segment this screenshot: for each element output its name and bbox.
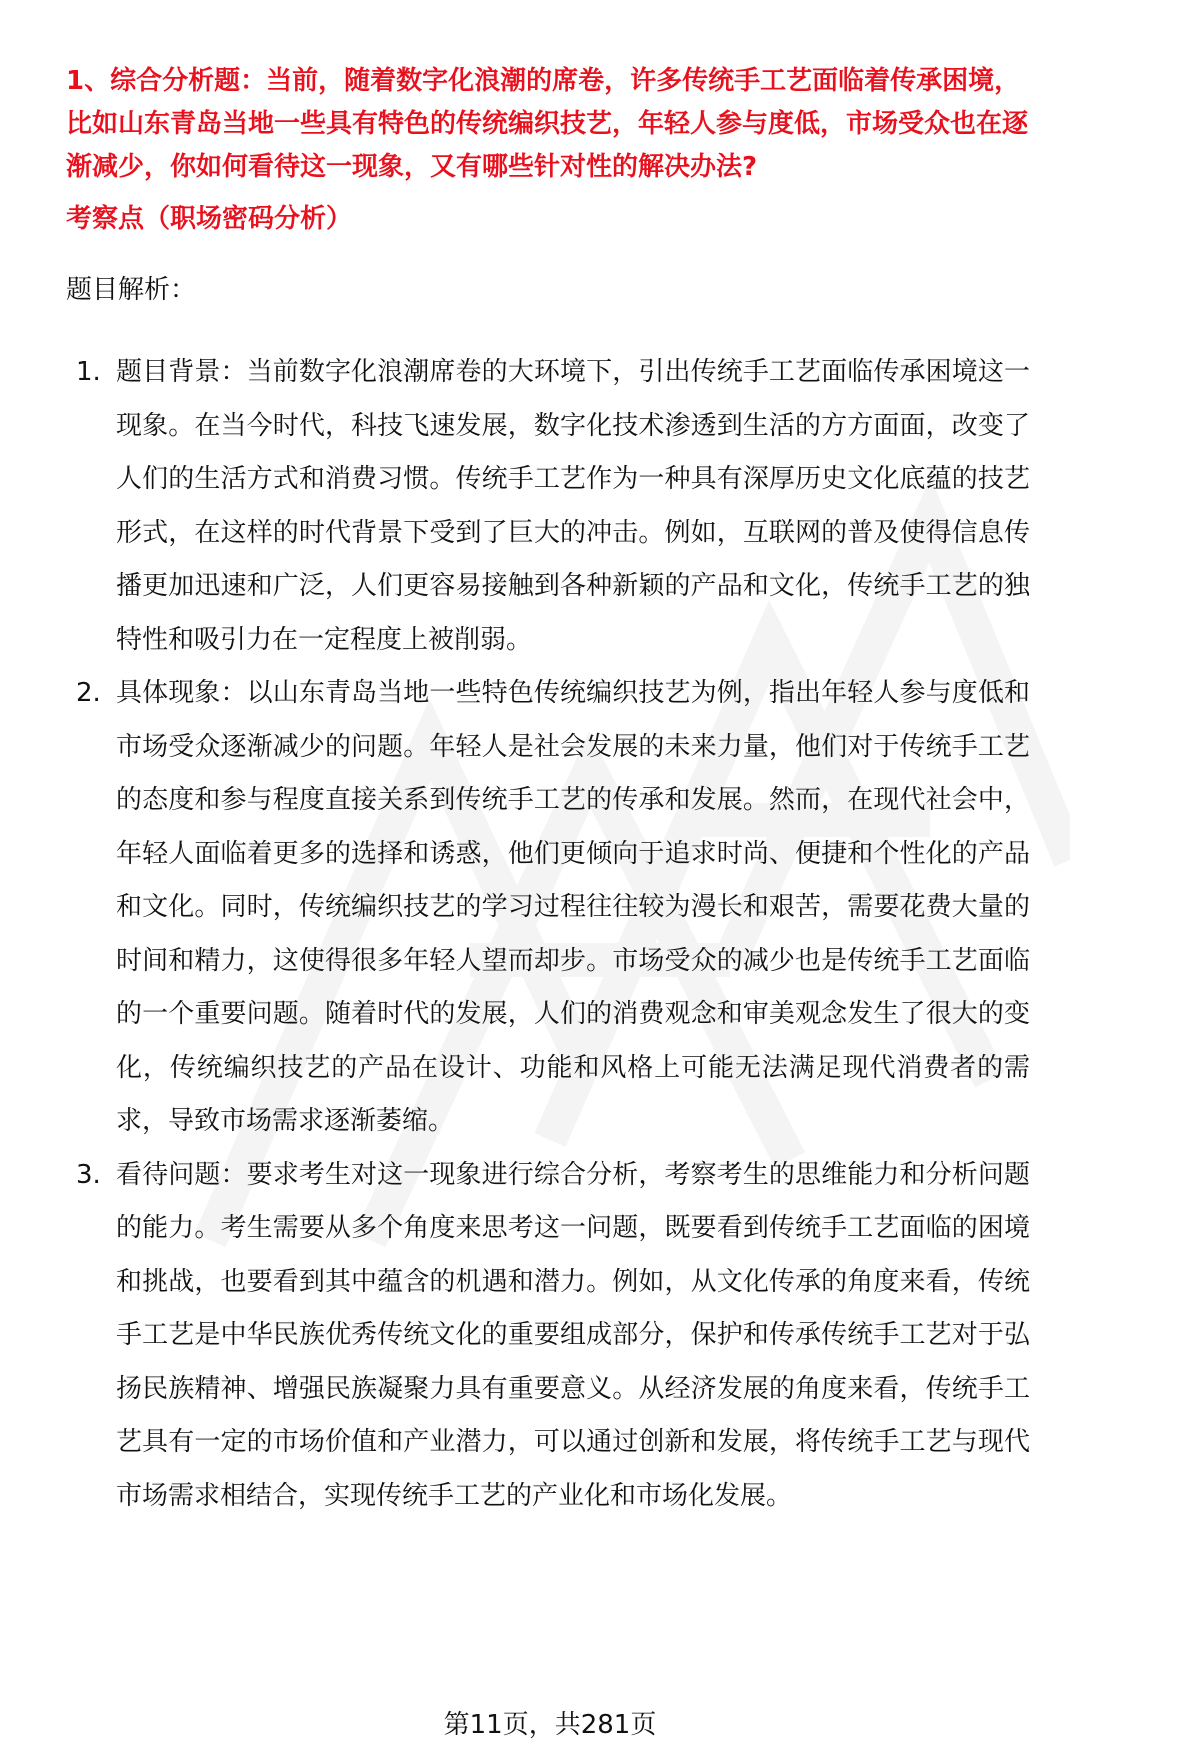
analysis-subheading: 题目解析：: [66, 270, 196, 310]
analysis-item-phenomenon: 2. 具体现象：以山东青岛当地一些特色传统编织技艺为例，指出年轻人参与度低和市场…: [66, 667, 1030, 1149]
page-number-footer: 第11页，共281页: [0, 1705, 1100, 1745]
analysis-item-text: 具体现象：以山东青岛当地一些特色传统编织技艺为例，指出年轻人参与度低和市场受众逐…: [116, 678, 1030, 1136]
analysis-list: 1. 题目背景：当前数字化浪潮席卷的大环境下，引出传统手工艺面临传承困境这一现象…: [66, 346, 1030, 1523]
section-heading: 考察点（职场密码分析）: [66, 199, 352, 239]
question-title: 1、综合分析题：当前，随着数字化浪潮的席卷，许多传统手工艺面临着传承困境，比如山…: [66, 60, 1046, 189]
analysis-item-text: 看待问题：要求考生对这一现象进行综合分析，考察考生的思维能力和分析问题的能力。考…: [116, 1160, 1030, 1511]
analysis-item-viewpoint: 3. 看待问题：要求考生对这一现象进行综合分析，考察考生的思维能力和分析问题的能…: [66, 1149, 1030, 1524]
list-number: 1.: [76, 346, 101, 400]
list-number: 2.: [76, 667, 101, 721]
analysis-item-text: 题目背景：当前数字化浪潮席卷的大环境下，引出传统手工艺面临传承困境这一现象。在当…: [116, 357, 1030, 655]
list-number: 3.: [76, 1149, 101, 1203]
analysis-item-background: 1. 题目背景：当前数字化浪潮席卷的大环境下，引出传统手工艺面临传承困境这一现象…: [66, 346, 1030, 667]
document-page: 1、综合分析题：当前，随着数字化浪潮的席卷，许多传统手工艺面临着传承困境，比如山…: [0, 0, 1200, 1755]
